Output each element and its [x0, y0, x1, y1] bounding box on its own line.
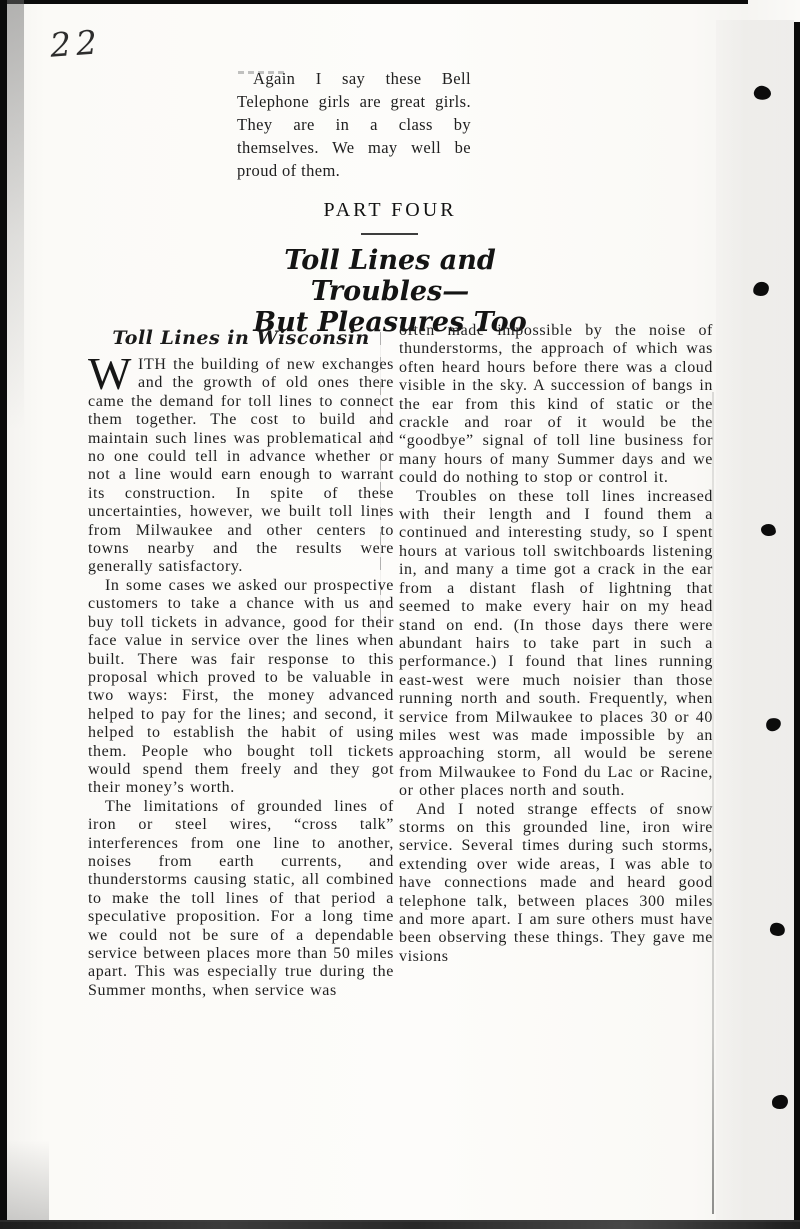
paragraph: The limitations of grounded lines of iro… — [88, 798, 394, 1000]
scan-edge-right — [794, 22, 800, 1229]
right-column: often made impossible by the noise of th… — [399, 322, 713, 966]
section-heading: Toll Lines in Wisconsin — [95, 327, 387, 349]
scan-smudge-left — [7, 0, 24, 430]
scan-edge-left — [0, 0, 7, 1229]
handwritten-page-number: 22 — [49, 22, 104, 65]
scan-smudge-bottom-left — [7, 1140, 49, 1220]
paragraph: Troubles on these toll lines increased w… — [399, 488, 713, 801]
paragraph: And I noted strange effects of snow stor… — [399, 801, 713, 967]
heading-rule — [361, 233, 418, 235]
scan-edge-top — [0, 0, 748, 4]
paragraph: WITH the building of new exchanges and t… — [88, 356, 394, 577]
paragraph: often made impossible by the noise of th… — [399, 322, 713, 488]
paragraph: In some cases we asked our prospective c… — [88, 577, 394, 798]
part-heading: PART FOUR — [240, 199, 540, 222]
scanned-book-page: 22 Again I say these Bell Telephone girl… — [0, 0, 800, 1229]
scan-edge-bottom — [0, 1220, 800, 1229]
chapter-title-line-2: Troubles— — [190, 276, 590, 307]
page-curl-shadow — [716, 20, 794, 1220]
chapter-title-line-1: Toll Lines and — [190, 245, 590, 276]
dropcap-letter: W — [88, 356, 138, 391]
intro-paragraph: Again I say these Bell Telephone girls a… — [237, 67, 471, 182]
left-column: WITH the building of new exchanges and t… — [88, 356, 394, 1000]
